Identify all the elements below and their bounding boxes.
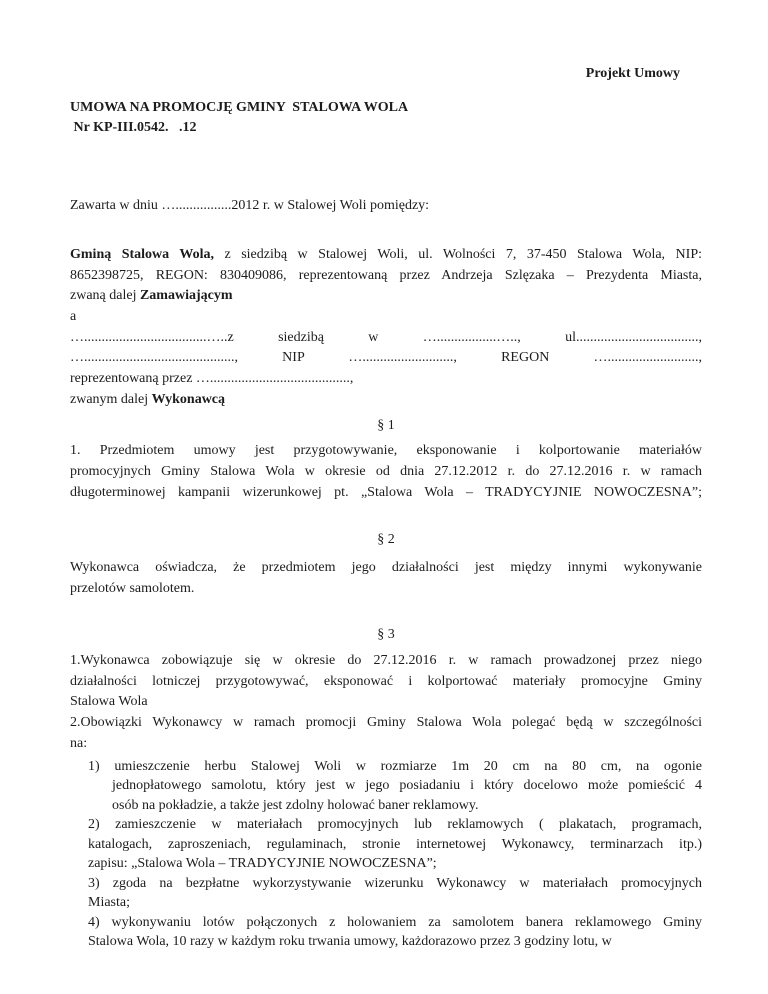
document-page: Projekt Umowy UMOWA NA PROMOCJĘ GMINY ST… [0,0,768,994]
section-3-heading: § 3 [70,625,702,646]
section-2-heading: § 2 [70,530,702,551]
list-item-4-line-1: 4) wykonywaniu lotów połączonych z holow… [88,913,702,933]
document-content: Projekt Umowy UMOWA NA PROMOCJĘ GMINY ST… [0,0,768,952]
section-2-line-2: przelotów samolotem. [70,579,702,600]
contract-title: UMOWA NA PROMOCJĘ GMINY STALOWA WOLA [70,98,702,119]
contract-title-block: UMOWA NA PROMOCJĘ GMINY STALOWA WOLA Nr … [70,98,702,139]
section-3-line-3: Stalowa Wola [70,692,702,713]
party-line-1-rest: z siedzibą w Stalowej Woli, ul. Wolności… [214,247,702,262]
intro-block: Zawarta w dniu …................2012 r. … [70,196,702,217]
section-1-line-1: 1. Przedmiotem umowy jest przygotowywani… [70,441,702,462]
party-line-3-pre: zwaną dalej [70,288,140,303]
contractor-blank-line-3: reprezentowaną przez …..................… [70,369,702,390]
list-item-3-line-1: 3) zgoda na bezpłatne wykorzystywanie wi… [88,874,702,894]
list-item-3: 3) zgoda na bezpłatne wykorzystywanie wi… [88,874,702,913]
section-1-line-2: promocyjnych Gminy Stalowa Wola w okresi… [70,462,702,483]
zamawiajacy-label: Zamawiającym [140,288,233,303]
doc-type-label: Projekt Umowy [70,64,702,85]
section-3-body: 1.Wykonawca zobowiązuje się w okresie do… [70,651,702,755]
contractor-blank-line-2: ….......................................… [70,348,702,369]
section-3-line-4: 2.Obowiązki Wykonawcy w ramach promocji … [70,713,702,734]
section-3-line-2: działalności lotniczej przygotowywać, ek… [70,672,702,693]
party-line-1: Gminą Stalowa Wola, z siedzibą w Stalowe… [70,245,702,266]
party-name-bold: Gminą Stalowa Wola, [70,247,214,262]
list-item-2-line-2: katalogach, zaproszeniach, regulaminach,… [88,835,702,855]
list-item-1-line-3: osób na pokładzie, a także jest zdolny h… [88,796,702,816]
obligations-list: 1) umieszczenie herbu Stalowej Woli w ro… [88,757,702,952]
list-item-1: 1) umieszczenie herbu Stalowej Woli w ro… [88,757,702,816]
section-1-line-3: długoterminowej kampanii wizerunkowej pt… [70,483,702,504]
section-2-body: Wykonawca oświadcza, że przedmiotem jego… [70,558,702,599]
party-line-8: zwanym dalej Wykonawcą [70,390,702,411]
wykonawca-label: Wykonawcą [152,392,225,407]
party-line-2: 8652398725, REGON: 830409086, reprezento… [70,266,702,287]
intro-line: Zawarta w dniu …................2012 r. … [70,196,702,217]
list-item-3-line-2: Miasta; [88,893,702,913]
list-item-1-line-1: 1) umieszczenie herbu Stalowej Woli w ro… [88,757,702,777]
section-3-line-1: 1.Wykonawca zobowiązuje się w okresie do… [70,651,702,672]
list-item-4: 4) wykonywaniu lotów połączonych z holow… [88,913,702,952]
list-item-1-line-2: jednopłatowego samolotu, który jest w je… [88,776,702,796]
party-line-a: a [70,307,702,328]
parties-block: Gminą Stalowa Wola, z siedzibą w Stalowe… [70,245,702,411]
section-2-line-1: Wykonawca oświadcza, że przedmiotem jego… [70,558,702,579]
contract-number: Nr KP-III.0542. .12 [70,118,702,139]
section-1-heading: § 1 [70,416,702,437]
list-item-2-line-1: 2) zamieszczenie w materiałach promocyjn… [88,815,702,835]
party-line-8-pre: zwanym dalej [70,392,152,407]
party-line-3: zwaną dalej Zamawiającym [70,286,702,307]
contractor-blank-line-1: …...................................…..z… [70,328,702,349]
list-item-4-line-2: Stalowa Wola, 10 razy w każdym roku trwa… [88,932,702,952]
list-item-2-line-3: zapisu: „Stalowa Wola – TRADYCYJNIE NOWO… [88,854,702,874]
section-3-line-5: na: [70,734,702,755]
section-1-body: 1. Przedmiotem umowy jest przygotowywani… [70,441,702,503]
list-item-2: 2) zamieszczenie w materiałach promocyjn… [88,815,702,874]
